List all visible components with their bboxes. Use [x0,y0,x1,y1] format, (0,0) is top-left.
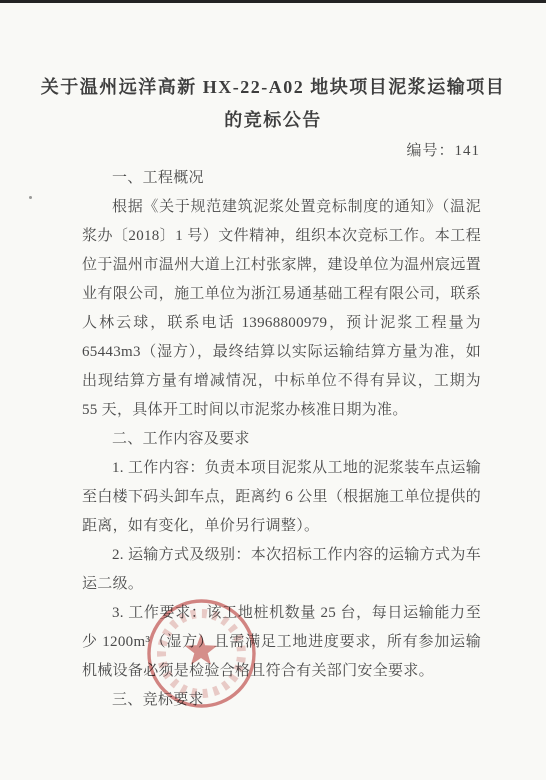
document-title-line1: 关于温州远洋高新 HX-22-A02 地块项目泥浆运输项目 [0,71,546,104]
section-heading-2: 二、工作内容及要求 [82,425,481,454]
document-number: 编号：141 [406,139,480,160]
document-title-line2: 的竞标公告 [0,104,546,137]
document-title: 关于温州远洋高新 HX-22-A02 地块项目泥浆运输项目 的竞标公告 [0,71,546,137]
section-heading-3: 三、竞标要求 [82,686,481,715]
scanned-document-page: 关于温州远洋高新 HX-22-A02 地块项目泥浆运输项目 的竞标公告 编号：1… [0,0,546,780]
paragraph-project-overview: 根据《关于规范建筑泥浆处置竞标制度的通知》（温泥浆办〔2018〕1 号）文件精神… [82,193,481,425]
document-body: 一、工程概况 根据《关于规范建筑泥浆处置竞标制度的通知》（温泥浆办〔2018〕1… [82,164,481,715]
section-heading-1: 一、工程概况 [82,164,481,193]
scan-noise-speck [29,196,32,199]
paragraph-work-content: 1. 工作内容：负责本项目泥浆从工地的泥浆装车点运输至白楼下码头卸车点，距离约 … [82,454,481,541]
scan-edge-artifact [0,0,546,3]
paragraph-work-requirements: 3. 工作要求：该工地桩机数量 25 台，每日运输能力至少 1200m³（湿方）… [82,599,481,686]
paragraph-transport-mode: 2. 运输方式及级别：本次招标工作内容的运输方式为车运二级。 [82,541,481,599]
